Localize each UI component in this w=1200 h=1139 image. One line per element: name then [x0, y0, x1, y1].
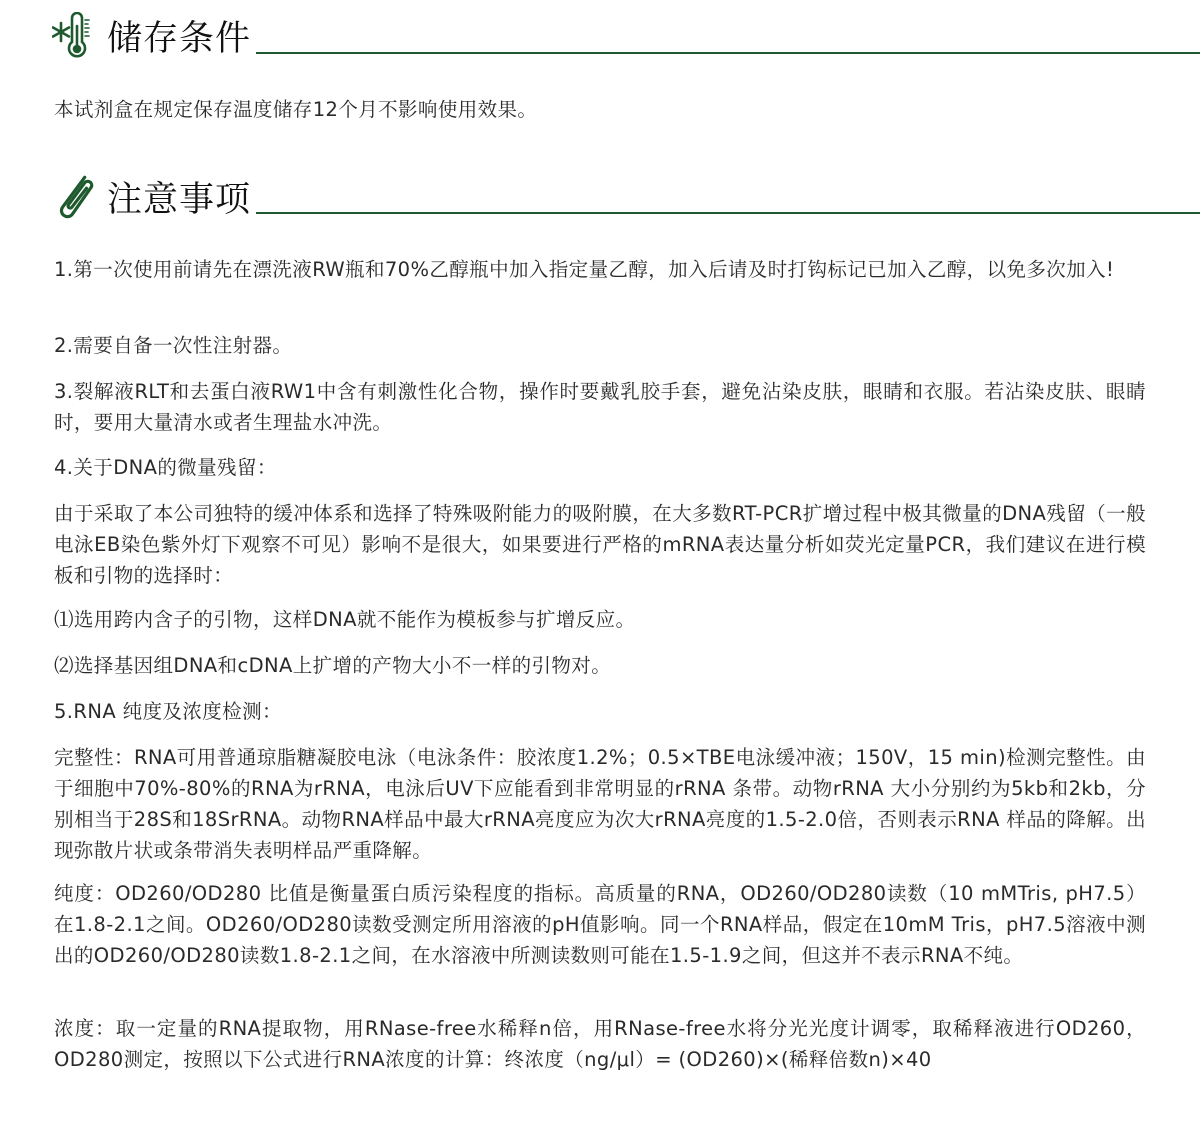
storage-section-header: 储存条件 [0, 10, 1200, 70]
storage-title-rule [256, 52, 1200, 54]
notes-section-header: 注意事项 [0, 170, 1200, 230]
notes-title-rule [256, 212, 1200, 214]
note-item-3: 3.裂解液RLT和去蛋白液RW1中含有刺激性化合物，操作时要戴乳胶手套，避免沾染… [54, 376, 1146, 438]
note-item-4-option-1: ⑴选用跨内含子的引物，这样DNA就不能作为模板参与扩增反应。 [54, 604, 1146, 635]
note-item-4-heading: 4.关于DNA的微量残留： [54, 452, 1146, 483]
note-item-5-heading: 5.RNA 纯度及浓度检测： [54, 696, 1146, 727]
thermometer-snowflake-icon [52, 12, 98, 58]
note-item-1: 1.第一次使用前请先在漂洗液RW瓶和70%乙醇瓶中加入指定量乙醇，加入后请及时打… [54, 254, 1146, 285]
note-item-4-option-2: ⑵选择基因组DNA和cDNA上扩增的产物大小不一样的引物对。 [54, 650, 1146, 681]
note-item-5-integrity: 完整性：RNA可用普通琼脂糖凝胶电泳（电泳条件：胶浓度1.2%；0.5×TBE电… [54, 742, 1146, 866]
note-item-2: 2.需要自备一次性注射器。 [54, 330, 1146, 361]
paperclip-icon [52, 172, 98, 218]
note-item-4-body: 由于采取了本公司独特的缓冲体系和选择了特殊吸附能力的吸附膜，在大多数RT-PCR… [54, 498, 1146, 591]
notes-title: 注意事项 [107, 180, 251, 220]
storage-title: 储存条件 [107, 19, 251, 59]
storage-description: 本试剂盒在规定保存温度储存12个月不影响使用效果。 [54, 94, 1146, 125]
note-item-5-concentration: 浓度：取一定量的RNA提取物，用RNase-free水稀释n倍，用RNase-f… [54, 1013, 1146, 1075]
note-item-5-purity: 纯度：OD260/OD280 比值是衡量蛋白质污染程度的指标。高质量的RNA，O… [54, 878, 1146, 971]
